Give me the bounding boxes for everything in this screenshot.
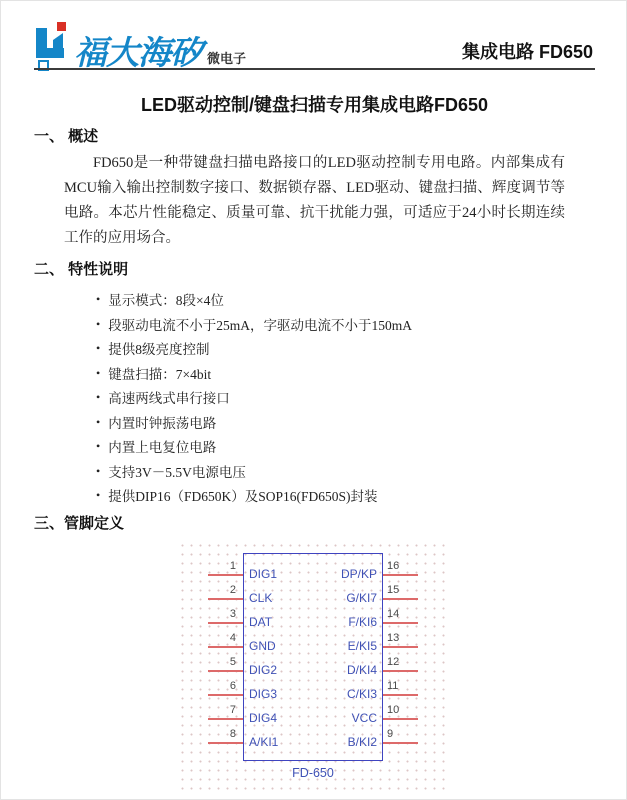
pin-number: 14 [387, 608, 417, 621]
pin-number: 1 [206, 560, 236, 573]
bullet-icon: • [96, 416, 100, 428]
bullet-icon: • [96, 318, 100, 330]
feature-text: 高速两线式串行接口 [108, 387, 230, 407]
pin-label: DIG3 [249, 687, 277, 701]
pin-number: 8 [206, 728, 236, 741]
pins-heading: 三、管脚定义 [34, 512, 124, 533]
pin-label: GND [249, 639, 276, 653]
pin-number: 12 [387, 656, 417, 669]
feature-item: •提供DIP16（FD650K）及SOP16(FD650S)封装 [96, 483, 556, 508]
company-logo: 福大海矽 微电子 [34, 21, 246, 69]
pin-line [383, 742, 418, 744]
feature-item: •内置时钟振荡电路 [96, 410, 556, 435]
pin-number: 15 [387, 584, 417, 597]
feature-text: 提供DIP16（FD650K）及SOP16(FD650S)封装 [108, 485, 377, 505]
bullet-icon: • [96, 391, 100, 403]
brand-h-icon [34, 21, 72, 69]
header-rule [34, 68, 595, 70]
pin-label: A/KI1 [249, 735, 278, 749]
pin-label: DIG4 [249, 711, 277, 725]
pin-number: 13 [387, 632, 417, 645]
features-list: •显示模式：8段×4位•段驱动电流不小于25mA，字驱动电流不小于150mA•提… [96, 287, 556, 508]
feature-item: •提供8级亮度控制 [96, 336, 556, 361]
feature-text: 内置时钟振荡电路 [108, 412, 216, 432]
pin-number: 3 [206, 608, 236, 621]
pin-label: DAT [249, 615, 272, 629]
feature-text: 提供8级亮度控制 [108, 338, 209, 358]
pin-line [383, 598, 418, 600]
pin-label: G/KI7 [276, 591, 377, 605]
doc-label: 集成电路 FD650 [462, 38, 593, 64]
pin-label: CLK [249, 591, 272, 605]
feature-text: 支持3V－5.5V电源电压 [108, 461, 246, 481]
pin-line [383, 646, 418, 648]
feature-item: •显示模式：8段×4位 [96, 287, 556, 312]
bullet-icon: • [96, 342, 100, 354]
pin-label: F/KI6 [276, 615, 377, 629]
pin-label: DIG2 [249, 663, 277, 677]
bullet-icon: • [96, 489, 100, 501]
brand-subname: 微电子 [207, 48, 246, 67]
feature-item: •键盘扫描：7×4bit [96, 361, 556, 386]
chip-label: FD-650 [243, 766, 383, 780]
pin-number: 16 [387, 560, 417, 573]
pin-line [383, 670, 418, 672]
pin-number: 7 [206, 704, 236, 717]
pin-line [208, 670, 243, 672]
pin-line [208, 598, 243, 600]
pin-line [208, 622, 243, 624]
pin-line [383, 574, 418, 576]
pin-line [208, 694, 243, 696]
feature-text: 段驱动电流不小于25mA，字驱动电流不小于150mA [108, 314, 412, 334]
overview-paragraph: FD650是一种带键盘扫描电路接口的LED驱动控制专用电路。内部集成有MCU输入… [64, 151, 565, 251]
brand-name: 福大海矽 [74, 36, 202, 69]
feature-text: 键盘扫描：7×4bit [108, 363, 211, 383]
pin-label: D/KI4 [276, 663, 377, 677]
logo-stub-shape [53, 33, 63, 58]
pin-label: C/KI3 [276, 687, 377, 701]
bullet-icon: • [96, 440, 100, 452]
bullet-icon: • [96, 367, 100, 379]
pin-diagram: FD-650 1DIG12CLK3DAT4GND5DIG26DIG37DIG48… [176, 539, 448, 793]
pin-line [383, 694, 418, 696]
features-heading: 二、 特性说明 [34, 258, 128, 279]
feature-text: 内置上电复位电路 [108, 436, 216, 456]
feature-item: •内置上电复位电路 [96, 434, 556, 459]
bullet-icon: • [96, 293, 100, 305]
feature-item: •支持3V－5.5V电源电压 [96, 459, 556, 484]
pin-number: 9 [387, 728, 417, 741]
pin-line [208, 574, 243, 576]
feature-text: 显示模式：8段×4位 [108, 289, 224, 309]
overview-heading: 一、 概述 [34, 125, 98, 146]
logo-red-square [57, 22, 66, 31]
pin-label: DIG1 [249, 567, 277, 581]
pin-line [208, 718, 243, 720]
pin-number: 4 [206, 632, 236, 645]
datasheet-page: 福大海矽 微电子 集成电路 FD650 LED驱动控制/键盘扫描专用集成电路FD… [0, 0, 627, 800]
pin-label: B/KI2 [276, 735, 377, 749]
pin-line [383, 622, 418, 624]
pin-label: VCC [276, 711, 377, 725]
pin-label: E/KI5 [276, 639, 377, 653]
pin-number: 5 [206, 656, 236, 669]
pin-number: 10 [387, 704, 417, 717]
pin-label: DP/KP [276, 567, 377, 581]
pin-line [383, 718, 418, 720]
pin-number: 2 [206, 584, 236, 597]
chip-body [243, 553, 383, 761]
feature-item: •段驱动电流不小于25mA，字驱动电流不小于150mA [96, 312, 556, 337]
page-title: LED驱动控制/键盘扫描专用集成电路FD650 [1, 91, 627, 117]
bullet-icon: • [96, 465, 100, 477]
feature-item: •高速两线式串行接口 [96, 385, 556, 410]
pin-number: 6 [206, 680, 236, 693]
pin-number: 11 [387, 680, 417, 693]
pin-line [208, 742, 243, 744]
pin-line [208, 646, 243, 648]
